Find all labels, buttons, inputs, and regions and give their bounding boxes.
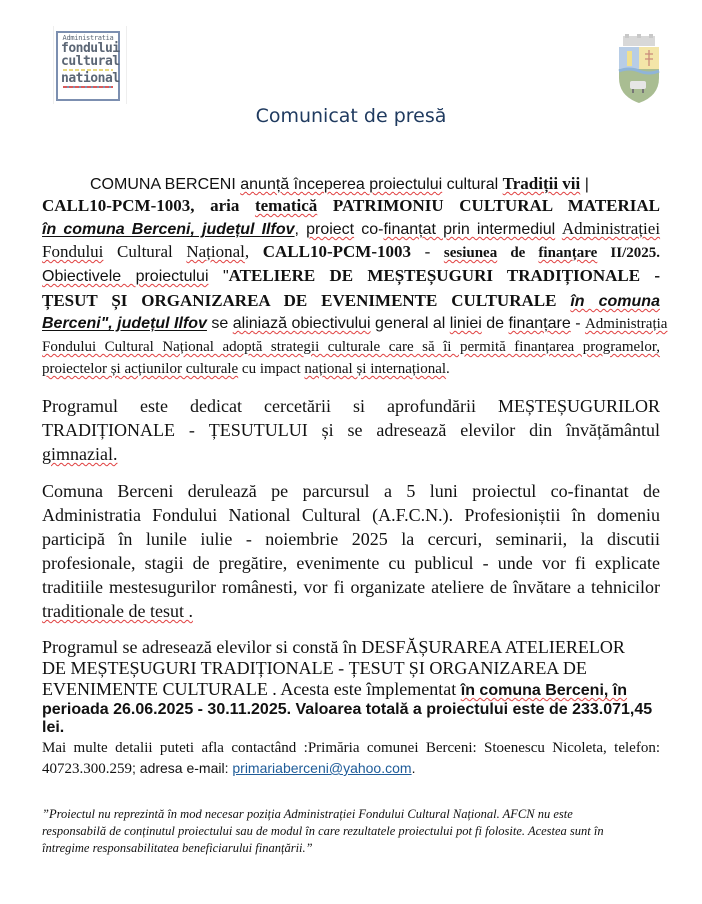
paragraph3-line: Comuna Berceni derulează pe parcursul a … xyxy=(42,481,660,502)
paragraph1-line: Fondului Cultural Național, CALL10-PCM-1… xyxy=(42,242,660,262)
paragraph2-line: TRADIȚIONALE - ȚESUTULUI și se adresează… xyxy=(42,420,660,441)
email-link[interactable]: primariaberceni@yahoo.com xyxy=(232,760,411,776)
paragraph1-line: COMUNA BERCENI anunță începerea proiectu… xyxy=(42,174,660,194)
paragraph3-line: profesionale, stagii de pregătire, eveni… xyxy=(42,553,660,574)
page-title: Comunicat de presă xyxy=(0,105,702,127)
afcn-logo: Administratia fondului cultural national xyxy=(53,26,127,104)
afcn-logo-frame: Administratia fondului cultural national xyxy=(56,31,120,101)
afcn-logo-line: cultural xyxy=(61,55,115,68)
paragraph1-line: ȚESUT ȘI ORGANIZAREA DE EVENIMENTE CULTU… xyxy=(42,291,660,311)
title-text: Comunicat de presă xyxy=(256,105,447,127)
paragraph3-line: traditionale de tesut . xyxy=(42,601,660,622)
paragraph1-line: CALL10-PCM-1003, aria tematică PATRIMONI… xyxy=(42,196,660,216)
paragraph1-line: proiectelor și acțiunilor culturale cu i… xyxy=(42,361,660,378)
paragraph4-line: Programul se adresează elevilor si const… xyxy=(42,637,660,658)
paragraph2-line: Programul este dedicat cercetării si apr… xyxy=(42,396,660,417)
paragraph1-line: Fondului Cultural Național adoptă strate… xyxy=(42,339,660,356)
contact-line: Mai multe detalii puteti afla contactând… xyxy=(42,740,660,757)
paragraph4-line: EVENIMENTE CULTURALE . Acesta este împle… xyxy=(42,679,660,700)
paragraph4-line: lei. xyxy=(42,719,660,737)
disclaimer-line: responsabilă de conținutul proiectului s… xyxy=(42,824,660,839)
disclaimer-line: întregime responsabilitatea beneficiarul… xyxy=(42,841,660,856)
coat-of-arms-icon xyxy=(616,34,662,104)
paragraph1-line: Obiectivele proiectului "ATELIERE DE MEȘ… xyxy=(42,266,660,286)
paragraph3-line: traditiile mestesugurilor românesti, vor… xyxy=(42,577,660,598)
paragraph1-line: în comuna Berceni, județul Ilfov, proiec… xyxy=(42,219,660,239)
paragraph4-line: DE MEȘTEȘUGURI TRADIȚIONALE - ȚESUT ȘI O… xyxy=(42,658,660,679)
contact-line: 40723.300.259; adresa e-mail: primariabe… xyxy=(42,760,660,778)
paragraph3-line: participă în lunile iulie - noiembrie 20… xyxy=(42,529,660,550)
paragraph4-line: perioada 26.06.2025 - 30.11.2025. Valoar… xyxy=(42,701,660,719)
paragraph1-line: Berceni", județul Ilfov se aliniază obie… xyxy=(42,315,660,333)
press-release-page: Administratia fondului cultural national… xyxy=(0,0,702,904)
afcn-logo-line: national xyxy=(61,72,115,85)
disclaimer-line: ”Proiectul nu reprezintă în mod necesar … xyxy=(42,807,660,822)
paragraph2-line: gimnazial. xyxy=(42,444,660,465)
paragraph3-line: Administratia Fondului National Cultural… xyxy=(42,505,660,526)
afcn-logo-stripe xyxy=(63,86,113,88)
